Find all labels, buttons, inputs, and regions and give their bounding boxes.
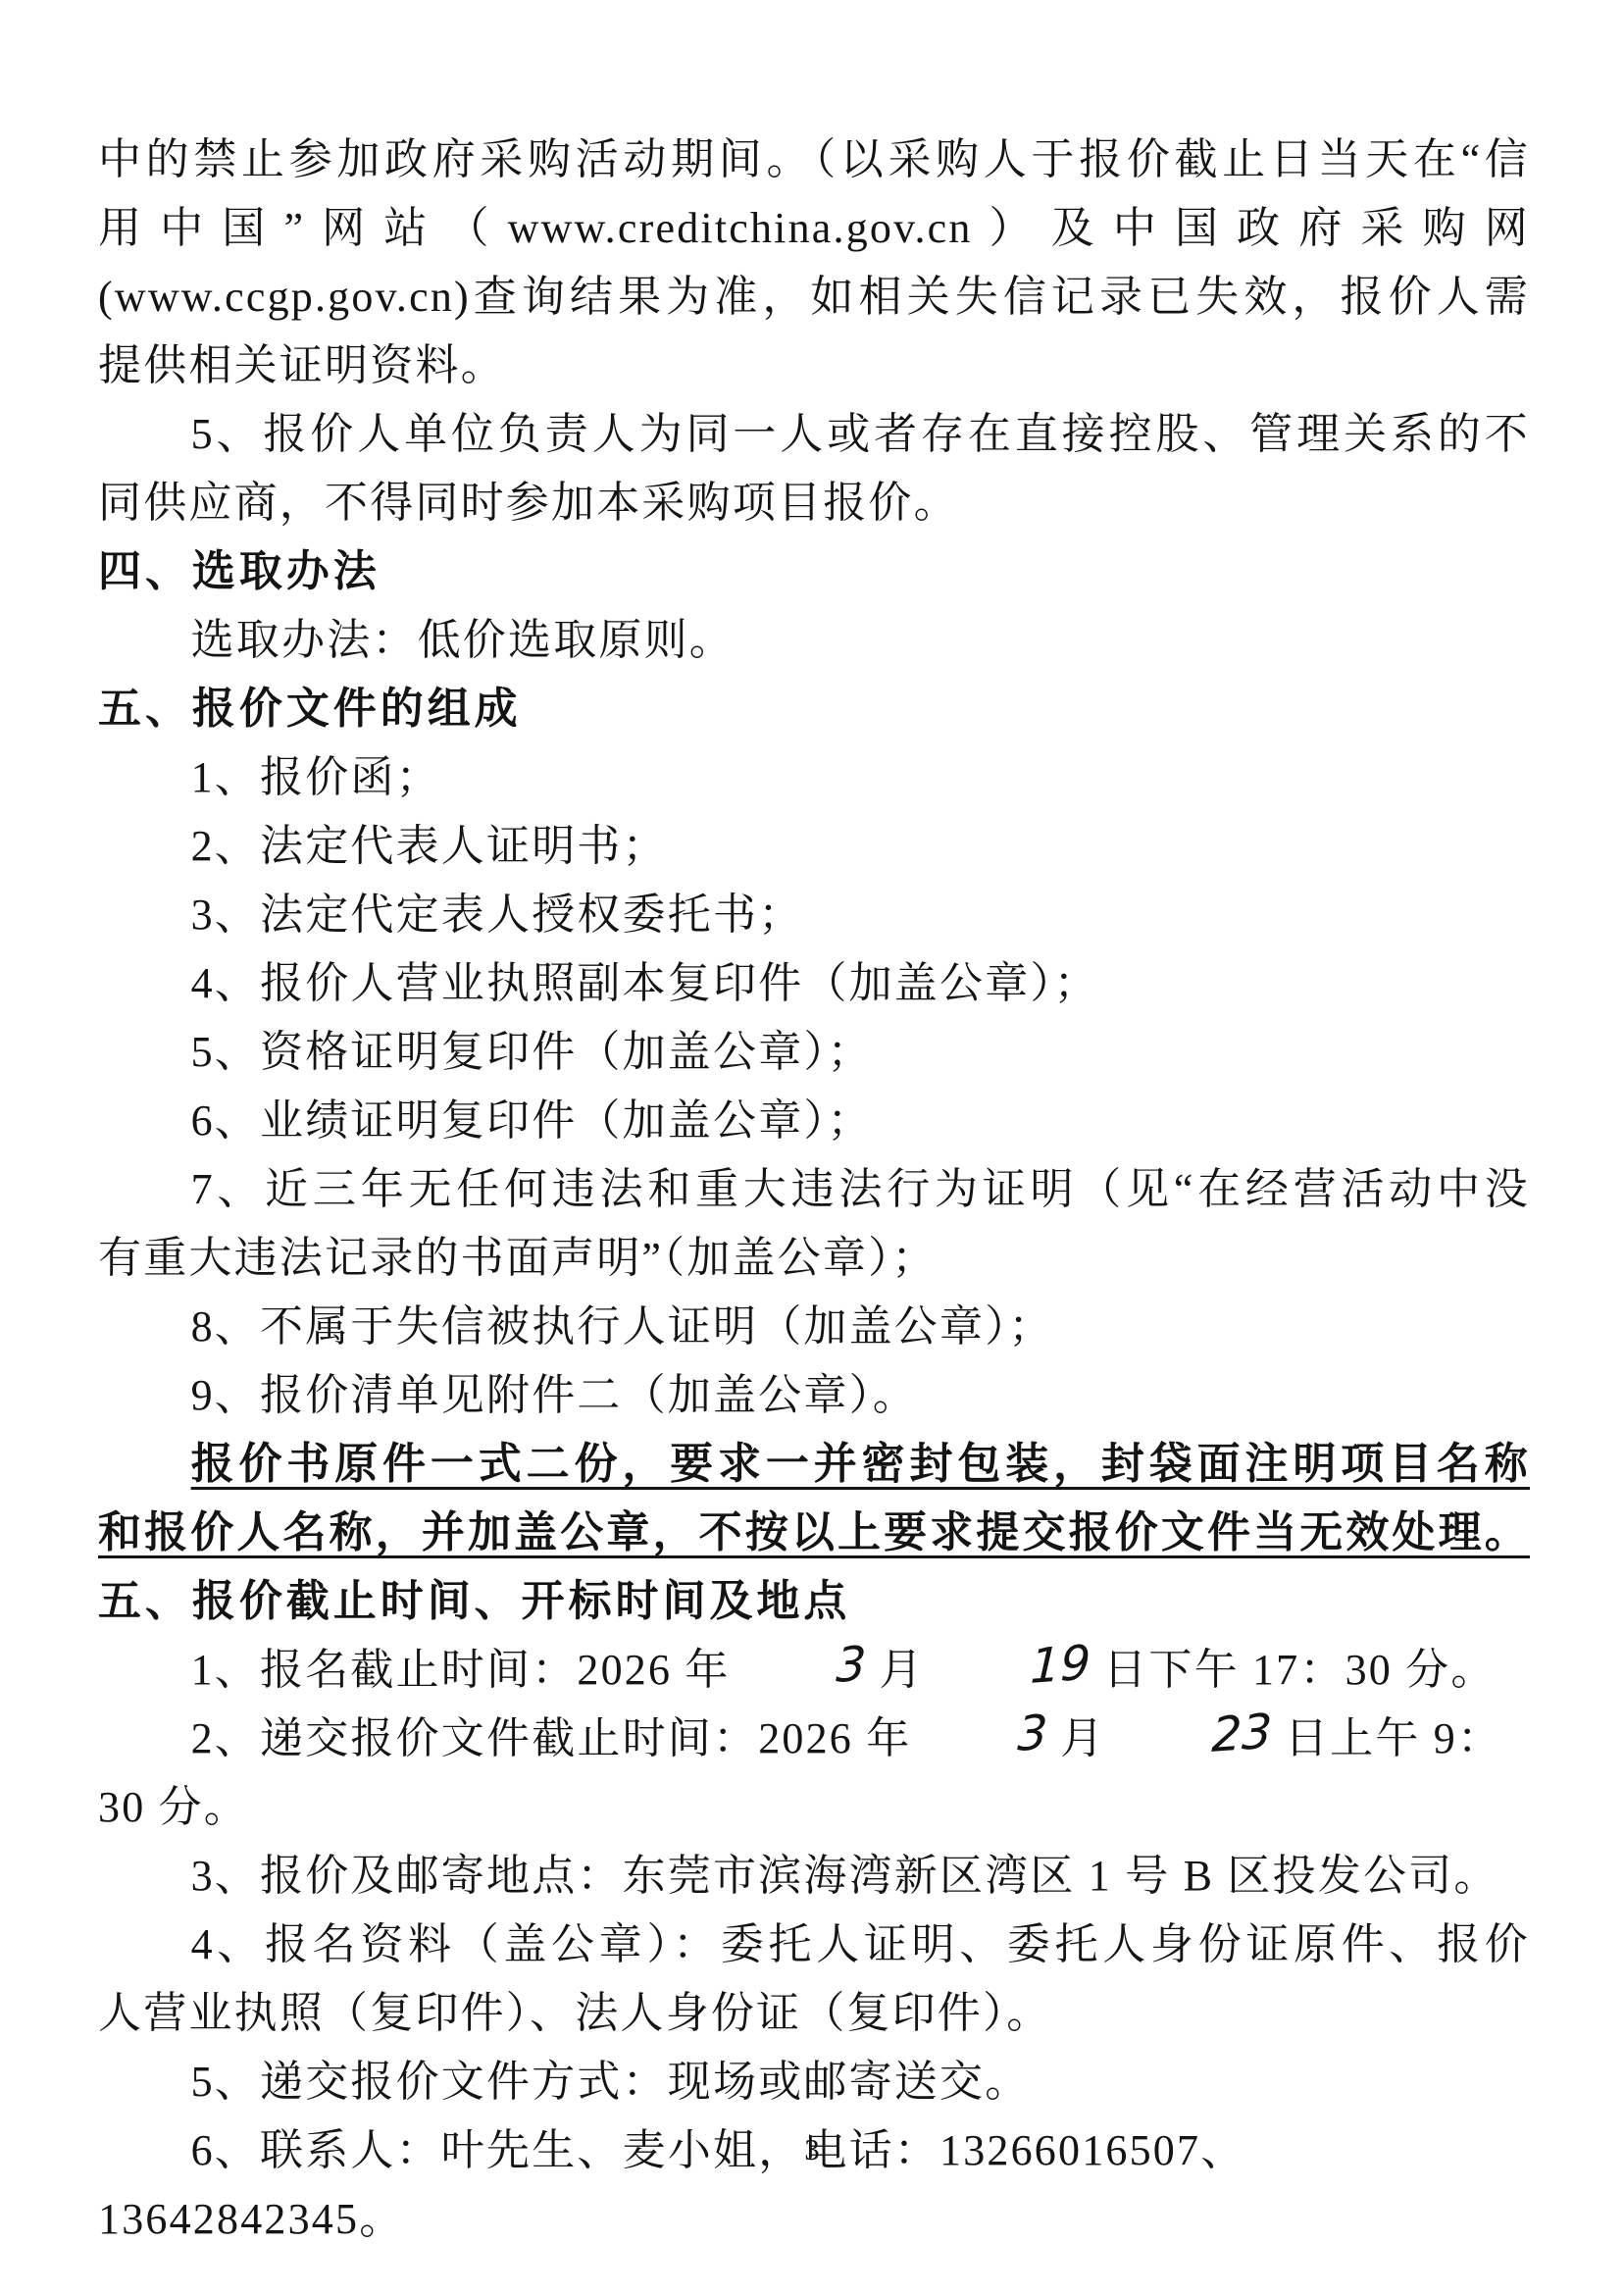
- printed-text: 3、法定代定表人授权委托书；: [191, 891, 804, 939]
- section-heading: 五、报价文件的组成: [98, 675, 1530, 743]
- printed-text: 8、不属于失信被执行人证明（加盖公章）；: [191, 1302, 1054, 1350]
- para-selection-method: 选取办法：低价选取原则。: [98, 606, 1530, 675]
- text-line: (www.ccgp.gov.cn)查询结果为准，如相关失信记录已失效，报价人需: [98, 263, 1530, 331]
- text-line: 7、近三年无任何违法和重大违法行为证明（见“在经营活动中没: [98, 1155, 1530, 1224]
- handwritten-value: 3: [742, 1641, 867, 1697]
- text-line: 1、报名截止时间：2026 年 3 月 19 日下午 17：30 分。: [98, 1636, 1530, 1705]
- text-line: 4、报名资料（盖公章）：委托人证明、委托人身份证原件、报价: [98, 1911, 1530, 1979]
- printed-text: (www.ccgp.gov.cn)查询结果为准，如相关失信记录已失效，报价人需: [98, 273, 1530, 321]
- handwritten-value: 23: [1118, 1707, 1272, 1766]
- printed-text: 有重大违法记录的书面声明”（加盖公章）；: [98, 1234, 938, 1282]
- printed-text: 四、选取办法: [98, 547, 381, 595]
- printed-text: 1、报名截止时间：2026 年: [191, 1646, 743, 1694]
- text-line: 4、报价人营业执照副本复印件（加盖公章）；: [98, 949, 1530, 1018]
- text-line: 2、递交报价文件截止时间：2026 年 3 月 23 日上午 9：30 分。: [98, 1705, 1530, 1842]
- heading-quotation-file-composition: 五、报价文件的组成: [98, 675, 1530, 743]
- text-line: 1、报价函；: [98, 743, 1530, 812]
- text-line: 用中国”网站（www.creditchina.gov.cn）及中国政府采购网: [98, 194, 1530, 263]
- printed-text: 用中国”网站（www.creditchina.gov.cn）及中国政府采购网: [98, 204, 1530, 252]
- printed-text: 五、报价截止时间、开标时间及地点: [98, 1577, 850, 1625]
- printed-text: 和报价人名称，并加盖公章，不按以上要求提交报价文件当无效处理。: [98, 1508, 1530, 1556]
- text-line: 中的禁止参加政府采购活动期间。（以采购人于报价截止日当天在“信: [98, 126, 1530, 194]
- handwritten-value: 19: [937, 1639, 1091, 1698]
- text-line: 8、不属于失信被执行人证明（加盖公章）；: [98, 1293, 1530, 1361]
- text-line: 同供应商，不得同时参加本采购项目报价。: [98, 469, 1530, 537]
- para-same-legal-person: 5、报价人单位负责人为同一人或者存在直接控股、管理关系的不同供应商，不得同时参加…: [98, 400, 1530, 537]
- handwritten-value: 3: [924, 1709, 1048, 1765]
- printed-text: 1、报价函；: [191, 753, 441, 801]
- text-line: 2、法定代表人证明书；: [98, 812, 1530, 881]
- text-line: 9、报价清单见附件二（加盖公章）。: [98, 1361, 1530, 1430]
- printed-text: 4、报价人营业执照副本复印件（加盖公章）；: [191, 959, 1099, 1007]
- document-body: 中的禁止参加政府采购活动期间。（以采购人于报价截止日当天在“信用中国”网站（ww…: [98, 126, 1530, 2254]
- printed-text: 选取办法：低价选取原则。: [191, 616, 735, 664]
- text-line: 5、递交报价文件方式：现场或邮寄送交。: [98, 2048, 1530, 2116]
- printed-text: 五、报价文件的组成: [98, 685, 522, 733]
- text-line: 人营业执照（复印件）、法人身份证（复印件）。: [98, 1979, 1530, 2048]
- printed-text: 9、报价清单见附件二（加盖公章）。: [191, 1371, 918, 1419]
- text-line: 6、业绩证明复印件（加盖公章）；: [98, 1087, 1530, 1155]
- printed-text: 中的禁止参加政府采购活动期间。（以采购人于报价截止日当天在“信: [98, 135, 1530, 183]
- printed-text: 人营业执照（复印件）、法人身份证（复印件）。: [98, 1989, 1051, 2037]
- text-line: 选取办法：低价选取原则。: [98, 606, 1530, 675]
- printed-text: 7、近三年无任何违法和重大违法行为证明（见“在经营活动中没: [191, 1165, 1530, 1213]
- text-line: 3、法定代定表人授权委托书；: [98, 881, 1530, 949]
- printed-text: 同供应商，不得同时参加本采购项目报价。: [98, 479, 959, 527]
- printed-text: 5、递交报价文件方式：现场或邮寄送交。: [191, 2058, 1031, 2106]
- text-line: 报价书原件一式二份，要求一并密封包装，封袋面注明项目名称: [98, 1430, 1530, 1499]
- printed-text: 2、递交报价文件截止时间：2026 年: [191, 1714, 925, 1762]
- printed-text: 日下午 17：30 分。: [1091, 1646, 1497, 1694]
- para-sealing-requirement: 报价书原件一式二份，要求一并密封包装，封袋面注明项目名称和报价人名称，并加盖公章…: [98, 1430, 1530, 1567]
- text-line: 提供相关证明资料。: [98, 331, 1530, 400]
- printed-text: 3、报价及邮寄地点：东莞市滨海湾新区湾区 1 号 B 区投发公司。: [191, 1852, 1499, 1900]
- list-quotation-file-items: 1、报价函；2、法定代表人证明书；3、法定代定表人授权委托书；4、报价人营业执照…: [98, 743, 1530, 1430]
- document-page: 中的禁止参加政府采购活动期间。（以采购人于报价截止日当天在“信用中国”网站（ww…: [0, 0, 1624, 2293]
- printed-text: 报价书原件一式二份，要求一并密封包装，封袋面注明项目名称: [191, 1440, 1530, 1488]
- printed-text: 5、资格证明复印件（加盖公章）；: [191, 1028, 873, 1076]
- printed-text: 提供相关证明资料。: [98, 341, 506, 389]
- printed-text: 月: [866, 1646, 938, 1694]
- printed-text: 2、法定代表人证明书；: [191, 822, 668, 870]
- text-line: 5、报价人单位负责人为同一人或者存在直接控股、管理关系的不: [98, 400, 1530, 469]
- printed-text: 6、业绩证明复印件（加盖公章）；: [191, 1096, 873, 1145]
- printed-text: 月: [1047, 1714, 1119, 1762]
- text-line: 和报价人名称，并加盖公章，不按以上要求提交报价文件当无效处理。: [98, 1499, 1530, 1567]
- section-heading: 四、选取办法: [98, 537, 1530, 606]
- heading-deadline-and-location: 五、报价截止时间、开标时间及地点: [98, 1567, 1530, 1636]
- text-line: 有重大违法记录的书面声明”（加盖公章）；: [98, 1224, 1530, 1293]
- text-line: 5、资格证明复印件（加盖公章）；: [98, 1018, 1530, 1087]
- heading-selection-method: 四、选取办法: [98, 537, 1530, 606]
- page-number: 3: [0, 2132, 1624, 2167]
- para-credit-check: 中的禁止参加政府采购活动期间。（以采购人于报价截止日当天在“信用中国”网站（ww…: [98, 126, 1530, 400]
- printed-text: 4、报名资料（盖公章）：委托人证明、委托人身份证原件、报价: [191, 1920, 1530, 1968]
- text-line: 3、报价及邮寄地点：东莞市滨海湾新区湾区 1 号 B 区投发公司。: [98, 1842, 1530, 1911]
- section-heading: 五、报价截止时间、开标时间及地点: [98, 1567, 1530, 1636]
- printed-text: 5、报价人单位负责人为同一人或者存在直接控股、管理关系的不: [191, 410, 1530, 458]
